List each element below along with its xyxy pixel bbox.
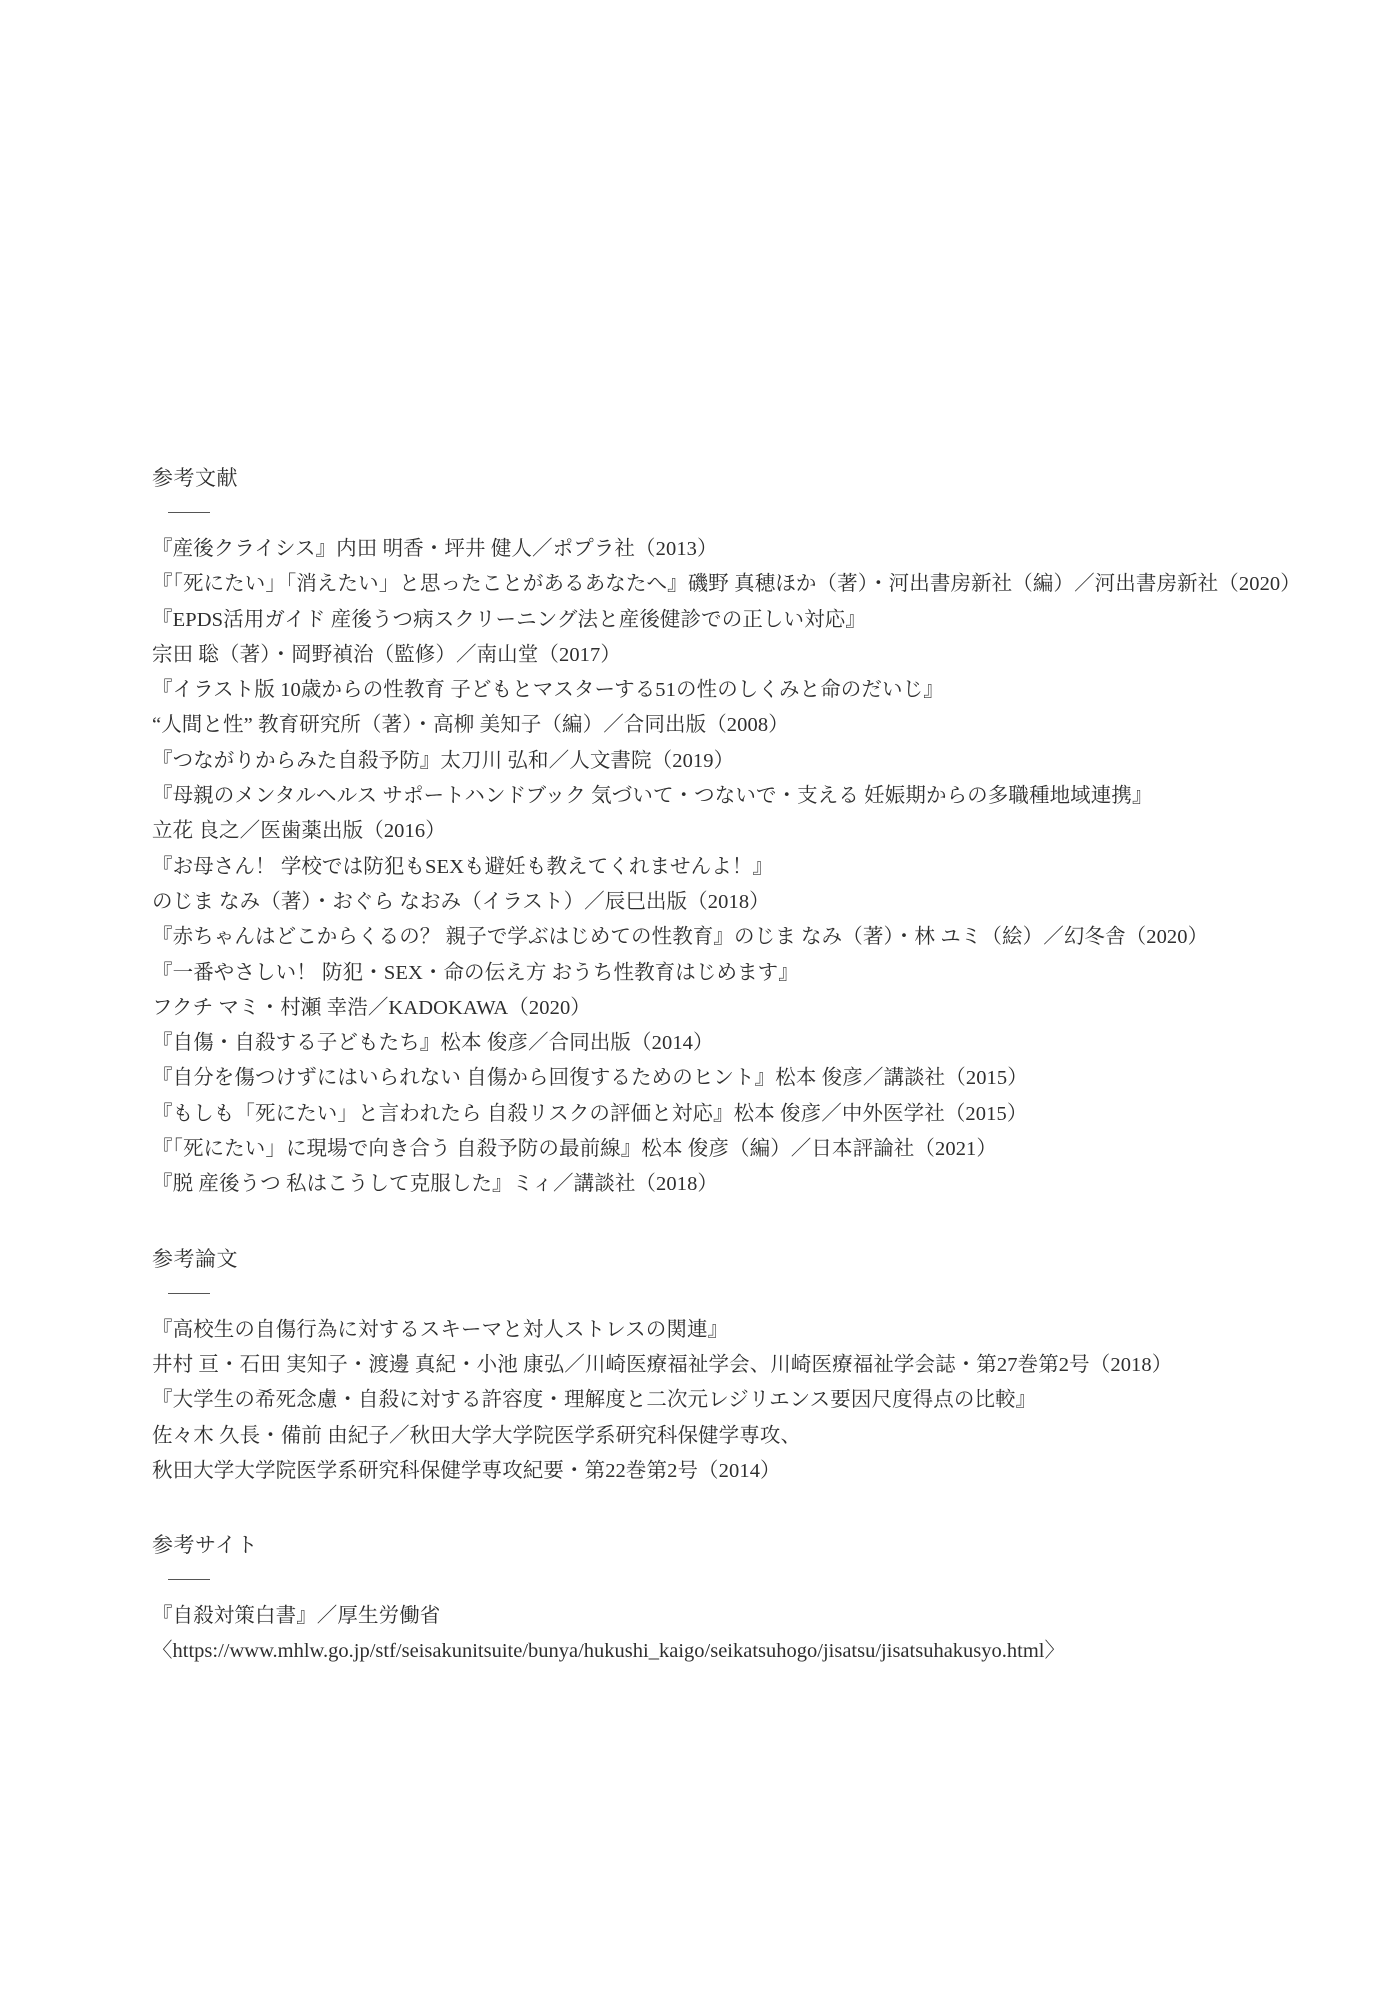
reference-line: 『つながりからみた自殺予防』太刀川 弘和／人文書院（2019） xyxy=(152,744,1332,779)
heading-divider xyxy=(168,512,210,513)
reference-line: 宗田 聡（著）・岡野禎治（監修）／南山堂（2017） xyxy=(152,638,1332,673)
reference-line: “人間と性” 教育研究所（著）・高柳 美知子（編）／合同出版（2008） xyxy=(152,708,1332,743)
reference-line: 『産後クライシス』内田 明香・坪井 健人／ポプラ社（2013） xyxy=(152,532,1332,567)
section-reference-sites: 参考サイト 『自殺対策白書』／厚生労働省 〈https://www.mhlw.g… xyxy=(152,1529,1332,1670)
heading-divider xyxy=(168,1579,210,1580)
reference-line: 『もしも「死にたい」と言われたら 自殺リスクの評価と対応』松本 俊彦／中外医学社… xyxy=(152,1097,1332,1132)
reference-line: 『一番やさしい！ 防犯・SEX・命の伝え方 おうち性教育はじめます』 xyxy=(152,956,1332,991)
bibliography-page: 参考文献 『産後クライシス』内田 明香・坪井 健人／ポプラ社（2013） 『「死… xyxy=(152,462,1332,1670)
section-heading: 参考サイト xyxy=(152,1529,1332,1561)
section-heading: 参考文献 xyxy=(152,462,1332,494)
reference-list: 『自殺対策白書』／厚生労働省 〈https://www.mhlw.go.jp/s… xyxy=(152,1599,1332,1670)
reference-line: 『「死にたい」「消えたい」と思ったことがあるあなたへ』磯野 真穂ほか（著）・河出… xyxy=(152,567,1332,602)
reference-line: 井村 亘・石田 実知子・渡邊 真紀・小池 康弘／川崎医療福祉学会、川崎医療福祉学… xyxy=(152,1348,1332,1383)
reference-line: 『イラスト版 10歳からの性教育 子どもとマスターする51の性のしくみと命のだい… xyxy=(152,673,1332,708)
reference-line: 『大学生の希死念慮・自殺に対する許容度・理解度と二次元レジリエンス要因尺度得点の… xyxy=(152,1383,1332,1418)
reference-line: 『脱 産後うつ 私はこうして克服した』ミィ／講談社（2018） xyxy=(152,1167,1332,1202)
reference-list: 『高校生の自傷行為に対するスキーマと対人ストレスの関連』 井村 亘・石田 実知子… xyxy=(152,1313,1332,1489)
reference-list: 『産後クライシス』内田 明香・坪井 健人／ポプラ社（2013） 『「死にたい」「… xyxy=(152,532,1332,1203)
heading-divider xyxy=(168,1293,210,1294)
reference-line: のじま なみ（著）・おぐら なおみ（イラスト）／辰巳出版（2018） xyxy=(152,885,1332,920)
reference-line: 『自傷・自殺する子どもたち』松本 俊彦／合同出版（2014） xyxy=(152,1026,1332,1061)
reference-line: フクチ マミ・村瀬 幸浩／KADOKAWA（2020） xyxy=(152,991,1332,1026)
reference-url: 〈https://www.mhlw.go.jp/stf/seisakunitsu… xyxy=(152,1634,1332,1669)
section-heading: 参考論文 xyxy=(152,1243,1332,1275)
reference-line: 『母親のメンタルヘルス サポートハンドブック 気づいて・つないで・支える 妊娠期… xyxy=(152,779,1332,814)
reference-line: 『高校生の自傷行為に対するスキーマと対人ストレスの関連』 xyxy=(152,1313,1332,1348)
reference-line: 『「死にたい」に現場で向き合う 自殺予防の最前線』松本 俊彦（編）／日本評論社（… xyxy=(152,1132,1332,1167)
reference-line: 『お母さん！ 学校では防犯もSEXも避妊も教えてくれませんよ！』 xyxy=(152,850,1332,885)
reference-line: 『自殺対策白書』／厚生労働省 xyxy=(152,1599,1332,1634)
reference-line: 『赤ちゃんはどこからくるの？ 親子で学ぶはじめての性教育』のじま なみ（著）・林… xyxy=(152,920,1332,955)
reference-line: 『EPDS活用ガイド 産後うつ病スクリーニング法と産後健診での正しい対応』 xyxy=(152,603,1332,638)
reference-line: 佐々木 久長・備前 由紀子／秋田大学大学院医学系研究科保健学専攻、 xyxy=(152,1419,1332,1454)
section-reference-papers: 参考論文 『高校生の自傷行為に対するスキーマと対人ストレスの関連』 井村 亘・石… xyxy=(152,1243,1332,1489)
reference-line: 立花 良之／医歯薬出版（2016） xyxy=(152,814,1332,849)
reference-line: 『自分を傷つけずにはいられない 自傷から回復するためのヒント』松本 俊彦／講談社… xyxy=(152,1061,1332,1096)
reference-line: 秋田大学大学院医学系研究科保健学専攻紀要・第22巻第2号（2014） xyxy=(152,1454,1332,1489)
section-reference-books: 参考文献 『産後クライシス』内田 明香・坪井 健人／ポプラ社（2013） 『「死… xyxy=(152,462,1332,1203)
